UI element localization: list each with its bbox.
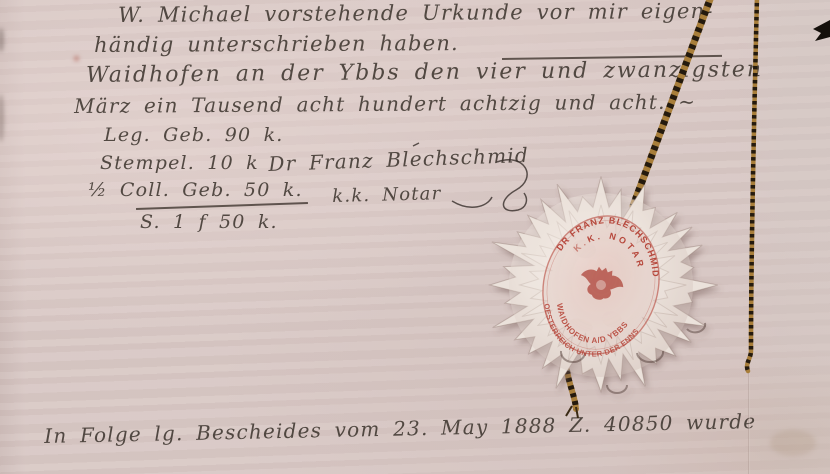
binding-cord-end bbox=[566, 370, 578, 418]
signature-flourish bbox=[413, 143, 527, 211]
binding-cord-diagonal bbox=[633, 0, 712, 206]
notary-paper-seal: DR FRANZ BLECHSCHMID OESTERREICH UNTER D… bbox=[490, 177, 718, 394]
document-scan-page: W. Michael vorstehende Urkunde vor mir e… bbox=[0, 0, 830, 474]
arrow-mark bbox=[813, 20, 830, 41]
binding-cord-vertical bbox=[747, 0, 757, 371]
seal-and-cords-layer: DR FRANZ BLECHSCHMID OESTERREICH UNTER D… bbox=[0, 0, 830, 474]
